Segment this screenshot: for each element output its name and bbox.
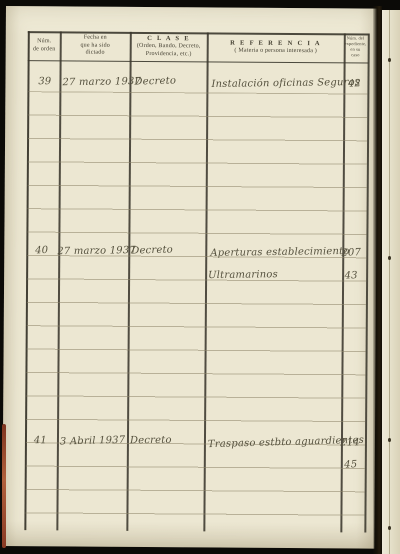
red-page-edge (2, 424, 6, 548)
ruled-lines (25, 91, 367, 523)
stitch-dot (388, 526, 391, 530)
entry-expediente-num: 43 (340, 271, 362, 281)
ledger-row: 41 3 Abril 1937 Decreto Traspaso estbto … (6, 6, 378, 9)
header-cell-clase: C L A S E (Orden, Bando, Decreto, Provid… (131, 32, 207, 62)
entry-fecha: 3 Abril 1937 (60, 436, 126, 448)
header-expediente-line4: caso (345, 54, 367, 60)
header-cell-fecha: Fecha en que ha sido dictado (61, 31, 130, 60)
stitch-dot (388, 438, 391, 442)
entry-referencia-line: Ultramarinos (208, 270, 278, 281)
entry-num: 39 (31, 77, 51, 87)
entry-fecha: 27 marzo 1937 (62, 77, 141, 88)
header-num-line1: Núm. (37, 38, 51, 46)
entry-referencia-line: Instalación oficinas Seguros (211, 78, 360, 90)
entry-expediente-num: 42 (345, 79, 363, 89)
book-gutter-shadow (373, 6, 382, 554)
scan-background: { "table": { "headers": { "num_orden": [… (0, 0, 400, 554)
page-crease-line (389, 10, 390, 554)
header-row: Núm. de orden Fecha en que ha sido dicta… (6, 6, 378, 9)
ledger-row: 40 27 marzo 1937 Decreto Aperturas estab… (6, 6, 378, 9)
entry-expediente-num: 207 (340, 248, 362, 259)
entry-num: 40 (28, 246, 48, 257)
entry-expediente-num: 45 (341, 460, 361, 471)
stitch-dot (388, 256, 391, 260)
adjacent-page-edge (382, 10, 400, 554)
entry-referencia-line: Aperturas establecimiento (210, 247, 349, 259)
entry-num: 41 (29, 436, 47, 446)
entry-fecha: 27 marzo 1937 (57, 246, 136, 257)
header-cell-referencia: R E F E R E N C I A ( Materia o persona … (208, 32, 344, 62)
header-cell-num-orden: Núm. de orden (29, 31, 60, 60)
page-sheet: Núm. de orden Fecha en que ha sido dicta… (2, 6, 378, 549)
header-fecha-line1: Fecha en (84, 35, 107, 43)
ledger-row: 39 27 marzo 1937 Decreto Instalación ofi… (6, 6, 378, 9)
entry-clase: Decreto (131, 245, 173, 256)
entry-clase: Decreto (130, 436, 172, 447)
header-referencia-sub: ( Materia o persona interesada ) (234, 47, 317, 55)
header-clase-sub2: Providencia, etc.) (146, 51, 192, 59)
stitch-dot (388, 58, 391, 62)
entry-expediente-num: 214 (339, 438, 361, 448)
entry-clase: Decreto (134, 76, 176, 87)
header-cell-expediente: Núm. del expediente, en su caso (344, 33, 368, 62)
header-fecha-line3: dictado (86, 50, 105, 58)
header-num-line2: de orden (33, 46, 55, 54)
